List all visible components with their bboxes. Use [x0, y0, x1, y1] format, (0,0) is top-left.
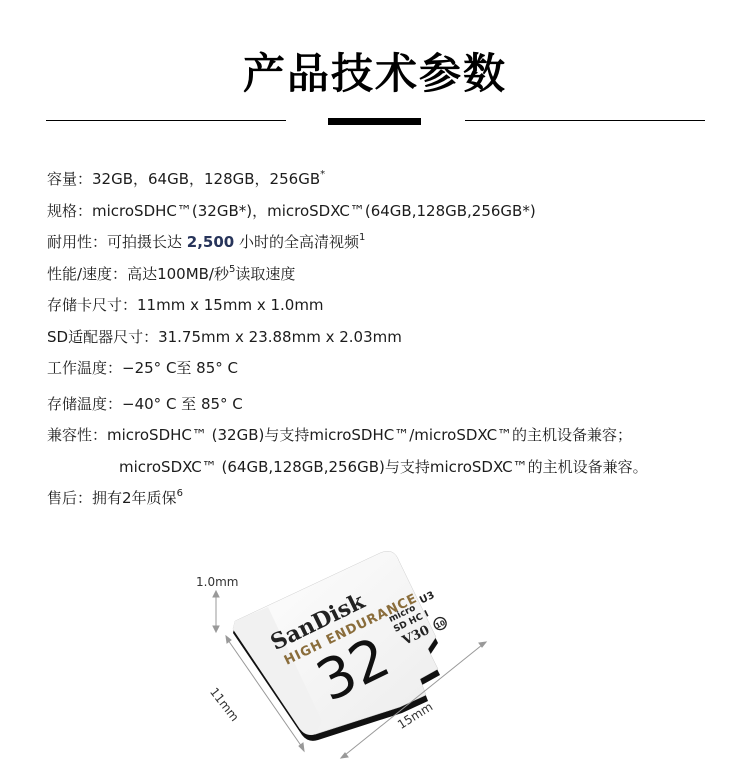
footnote-mark: 1 — [359, 232, 365, 243]
spec-value: −40° C 至 85° C — [122, 395, 243, 413]
spec-value: microSDHC™(32GB*)，microSDXC™(64GB,128GB,… — [92, 202, 536, 220]
dim-thickness-label: 1.0mm — [196, 575, 238, 589]
spec-label: SD适配器尺寸： — [47, 328, 158, 346]
spec-label: 存储卡尺寸： — [47, 296, 137, 314]
spec-adapter-size: SD适配器尺寸：31.75mm x 23.88mm x 2.03mm — [47, 322, 727, 354]
spec-operating-temp: 工作温度：−25° C至 85° C — [47, 353, 727, 385]
spec-card-size: 存储卡尺寸：11mm x 15mm x 1.0mm — [47, 290, 727, 322]
spec-storage-temp: 存储温度：−40° C 至 85° C — [47, 389, 727, 421]
spec-capacity: 容量：32GB，64GB，128GB，256GB* — [47, 164, 727, 196]
spec-value: 拥有2年质保 — [92, 489, 177, 507]
svg-text:U3: U3 — [418, 590, 436, 607]
spec-label: 性能/速度： — [47, 265, 127, 283]
spec-list: 容量：32GB，64GB，128GB，256GB* 规格：microSDHC™(… — [47, 164, 727, 515]
spec-value: microSDHC™ (32GB)与支持microSDHC™/microSDXC… — [107, 426, 632, 444]
spec-value-suffix: 小时的全高清视频 — [234, 233, 359, 251]
spec-value: microSDXC™ (64GB,128GB,256GB)与支持microSDX… — [119, 458, 648, 476]
page-title: 产品技术参数 — [0, 44, 750, 104]
spec-label: 存储温度： — [47, 395, 122, 413]
spec-label: 规格： — [47, 202, 92, 220]
spec-label: 售后： — [47, 489, 92, 507]
spec-value: 11mm x 15mm x 1.0mm — [137, 296, 324, 314]
spec-compatibility: 兼容性：microSDHC™ (32GB)与支持microSDHC™/micro… — [47, 420, 727, 452]
spec-value-prefix: 可拍摄长达 — [107, 233, 187, 251]
footnote-mark: 6 — [177, 488, 183, 499]
spec-value-suffix: 读取速度 — [235, 265, 295, 283]
spec-label: 兼容性： — [47, 426, 107, 444]
spec-warranty: 售后：拥有2年质保6 — [47, 483, 727, 515]
microsd-card-illustration: SanDisk HIGH ENDURANCE 32 micro SD HC I … — [190, 525, 500, 765]
footnote-mark: * — [320, 169, 325, 180]
divider-right — [465, 120, 705, 121]
spec-label: 容量： — [47, 170, 92, 188]
spec-compatibility-line2: microSDXC™ (64GB,128GB,256GB)与支持microSDX… — [47, 452, 727, 484]
spec-value: −25° C至 85° C — [122, 359, 238, 377]
spec-value: 32GB，64GB，128GB，256GB — [92, 170, 320, 188]
spec-format: 规格：microSDHC™(32GB*)，microSDXC™(64GB,128… — [47, 196, 727, 228]
spec-label: 工作温度： — [47, 359, 122, 377]
divider-center-bar — [328, 118, 421, 125]
spec-value-prefix: 高达100MB/秒 — [127, 265, 229, 283]
card-dimension-figure: SanDisk HIGH ENDURANCE 32 micro SD HC I … — [190, 525, 500, 765]
spec-performance: 性能/速度：高达100MB/秒5读取速度 — [47, 259, 727, 291]
spec-highlight: 2,500 — [187, 233, 234, 251]
spec-endurance: 耐用性：可拍摄长达 2,500 小时的全高清视频1 — [47, 227, 727, 259]
divider-left — [46, 120, 286, 121]
spec-value: 31.75mm x 23.88mm x 2.03mm — [158, 328, 402, 346]
spec-label: 耐用性： — [47, 233, 107, 251]
